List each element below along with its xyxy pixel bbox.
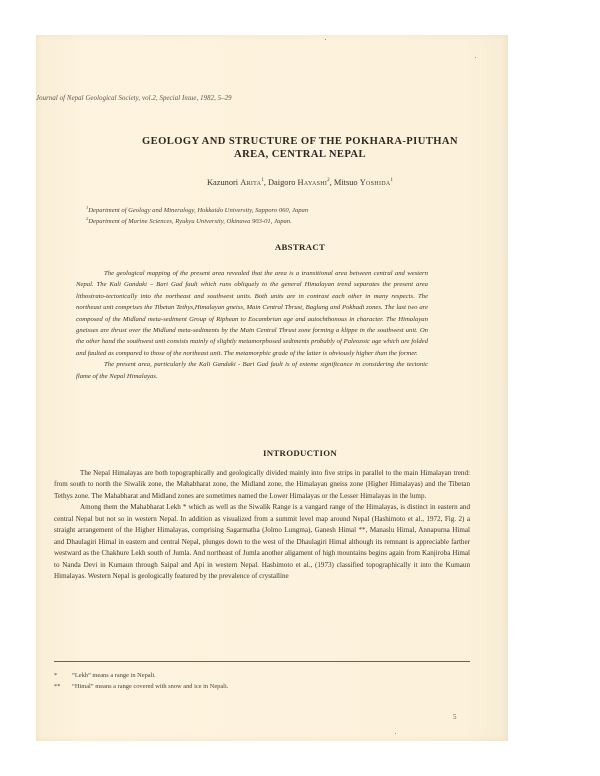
author-affiliation-mark: 1	[391, 178, 394, 183]
abstract-paragraph: The geological mapping of the present ar…	[76, 268, 428, 359]
page-number: 5	[453, 713, 457, 721]
introduction-body: The Nepal Himalayas are both topographic…	[54, 468, 470, 583]
abstract-body: The geological mapping of the present ar…	[76, 268, 428, 382]
paper-title-line-2: AREA, CENTRAL NEPAL	[50, 148, 550, 161]
journal-header: Journal of Nepal Geological Society, vol…	[36, 95, 232, 102]
abstract-paragraph: The present area, particularly the Kali …	[76, 359, 428, 382]
author-affiliation-mark: 2	[327, 178, 330, 183]
footnote-divider	[54, 661, 470, 662]
author-family-name: Yoshida	[360, 178, 391, 187]
author-3: Mitsuo Yoshida1	[334, 178, 393, 187]
paper-title: GEOLOGY AND STRUCTURE OF THE POKHARA-PIU…	[50, 135, 550, 161]
introduction-heading: INTRODUCTION	[50, 448, 550, 458]
author-given-name: Daigoro	[268, 178, 295, 187]
author-given-name: Kazunori	[207, 178, 238, 187]
paper-speck	[395, 733, 396, 734]
author-family-name: Arita	[240, 178, 261, 187]
affiliation-text: Department of Marine Sciences, Ryukyu Un…	[88, 218, 292, 225]
paper-speck	[475, 57, 476, 58]
author-affiliation-mark: 1	[261, 178, 264, 183]
author-given-name: Mitsuo	[334, 178, 358, 187]
paper-title-line-1: GEOLOGY AND STRUCTURE OF THE POKHARA-PIU…	[50, 135, 550, 148]
footnote-text: “Himal” means a range covered with snow …	[72, 683, 228, 690]
author-2: Daigoro Hayashi2,	[268, 178, 332, 187]
affiliation-2: 2Department of Marine Sciences, Ryukyu U…	[86, 214, 292, 227]
author-1: Kazunori Arita1,	[207, 178, 266, 187]
abstract-heading: ABSTRACT	[50, 242, 550, 252]
affiliation-text: Department of Geology and Mineralogy, Ho…	[88, 207, 308, 214]
paper-speck	[325, 39, 326, 40]
author-family-name: Hayashi	[298, 178, 328, 187]
footnote-2: **“Himal” means a range covered with sno…	[54, 681, 228, 692]
footnote-text: “Lekh” means a range in Nepali.	[72, 672, 156, 679]
body-paragraph: The Nepal Himalayas are both topographic…	[54, 468, 470, 502]
body-paragraph: Among them the Mahabharat Lekh * which a…	[54, 502, 470, 582]
author-list: Kazunori Arita1, Daigoro Hayashi2, Mitsu…	[50, 178, 550, 187]
footnote-mark: **	[54, 681, 72, 692]
footnote-mark: *	[54, 670, 72, 681]
footnote-1: *“Lekh” means a range in Nepali.	[54, 670, 228, 681]
footnotes: *“Lekh” means a range in Nepali. **“Hima…	[54, 670, 228, 692]
